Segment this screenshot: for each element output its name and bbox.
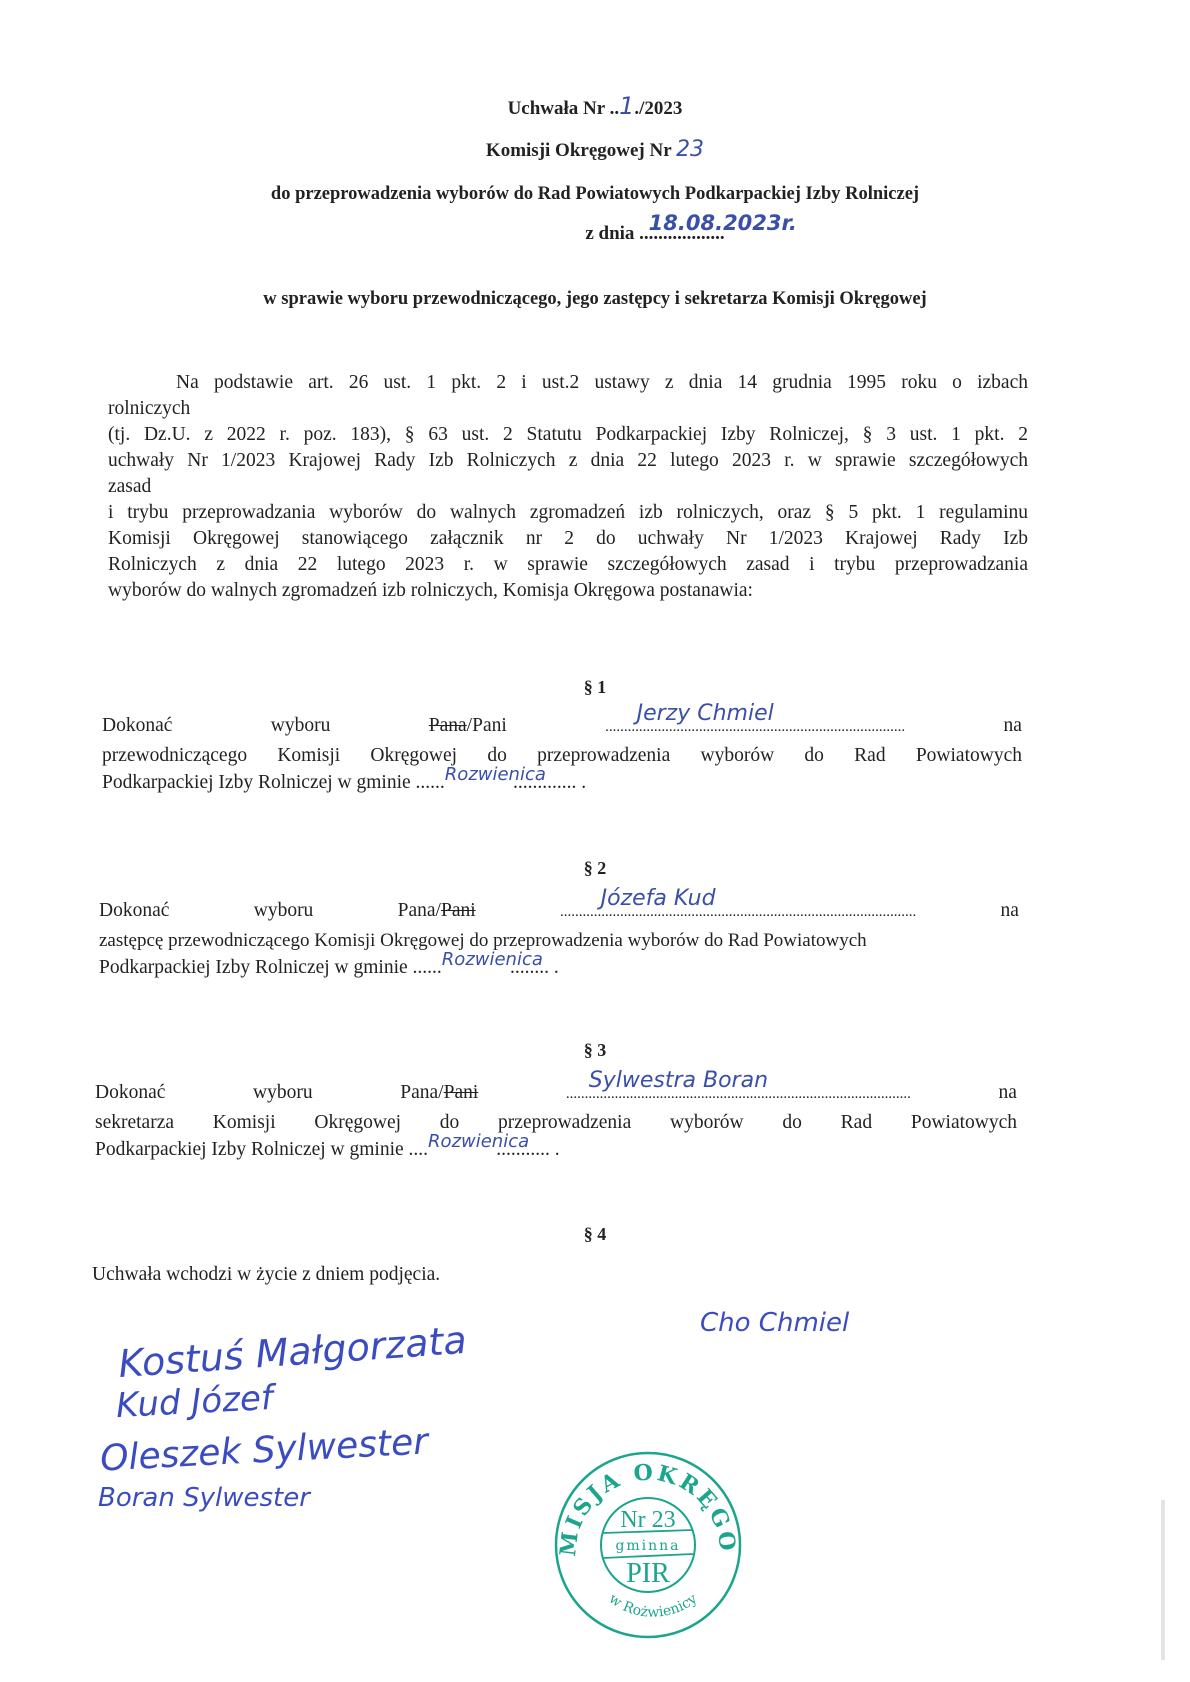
preamble-line: i trybu przeprowadzania wyborów do walny…	[108, 500, 1028, 526]
word-wyboru: wyboru	[253, 1082, 313, 1104]
gmina-prefix: Podkarpackiej Izby Rolniczej w gminie ..…	[102, 772, 445, 793]
section-3-name-line: Dokonać wyboru Pana/Pani ...............…	[95, 1082, 1017, 1104]
preamble-line: rolniczych	[108, 396, 1028, 422]
gmina-fill: ..............Rozwienica	[442, 957, 510, 979]
name-fill: ........................................…	[560, 900, 916, 922]
word-na: na	[1001, 900, 1019, 922]
section-2-heading: § 2	[0, 858, 1190, 879]
preamble-line: wyborów do walnych zgromadzeń izb rolnic…	[108, 578, 1028, 604]
stamp-bottom-text: w Rożwienicy	[606, 1591, 701, 1621]
handwritten-name: Jerzy Chmiel	[505, 701, 905, 726]
section-1-heading: § 1	[0, 677, 1190, 698]
handwritten-date: 18.08.2023r.	[649, 211, 725, 235]
section-1-role: przewodniczącego Komisji Okręgowej do pr…	[102, 745, 1022, 767]
stamp-seal-icon: KOMISJA OKRĘGOWA Nr 23 gminna PIR w Rożw…	[548, 1440, 748, 1640]
signature-1: Kostuś Małgorzata	[117, 1318, 468, 1386]
section-1-name-line: Dokonać wyboru Pana/Pani ...............…	[102, 715, 1022, 737]
svg-text:w Rożwienicy: w Rożwienicy	[606, 1591, 701, 1621]
resolution-title: Uchwała Nr ..1./2023	[0, 92, 1190, 120]
preamble: Na podstawie art. 26 ust. 1 pkt. 2 i ust…	[108, 370, 1028, 604]
signature-4: Boran Sylwester	[98, 1483, 310, 1513]
commission-title: Komisji Okręgowej Nr 23	[0, 137, 1190, 162]
signature-2: Kud Józef	[115, 1378, 274, 1426]
signature-3: Oleszek Sylwester	[99, 1421, 429, 1479]
handwritten-commission-number: 23	[676, 137, 704, 162]
gmina-prefix: Podkarpackiej Izby Rolniczej w gminie ..…	[99, 957, 442, 978]
word-dokonac: Dokonać	[95, 1082, 165, 1104]
preamble-line: uchwały Nr 1/2023 Krajowej Rady Izb Roln…	[108, 448, 1028, 474]
title-prefix: Uchwała Nr ..	[508, 98, 620, 119]
date-fill: ................18.08.2023r.	[649, 223, 725, 245]
document-page: Uchwała Nr ..1./2023 Komisji Okręgowej N…	[0, 0, 1190, 1682]
preamble-line: Na podstawie art. 26 ust. 1 pkt. 2 i ust…	[108, 370, 1028, 396]
date-prefix: z dnia ..	[585, 223, 648, 244]
preamble-line: Rolniczych z dnia 22 lutego 2023 r. w sp…	[108, 552, 1028, 578]
scan-artifact	[1161, 1500, 1165, 1660]
handwritten-gmina: Rozwienica	[442, 949, 510, 970]
gmina-fill: ..............Rozwienica	[445, 772, 513, 794]
word-dokonac: Dokonać	[99, 900, 169, 922]
signature-right: Cho Chmiel	[700, 1308, 849, 1338]
word-na: na	[1004, 715, 1022, 737]
section-3-role: sekretarza Komisji Okręgowej do przeprow…	[95, 1112, 1017, 1134]
handwritten-resolution-number: 1	[619, 92, 634, 120]
title-suffix: ./2023	[634, 98, 682, 119]
section-2-role: zastępcę przewodniczącego Komisji Okręgo…	[99, 930, 1019, 952]
preamble-line: Komisji Okręgowej stanowiącego załącznik…	[108, 526, 1028, 552]
section-3-heading: § 3	[0, 1040, 1190, 1061]
stamp-number: Nr 23	[620, 1507, 675, 1533]
gmina-prefix: Podkarpackiej Izby Rolniczej w gminie ..…	[95, 1139, 428, 1160]
resolution-subject: w sprawie wyboru przewodniczącego, jego …	[0, 289, 1190, 310]
pana: Pana	[400, 1082, 438, 1103]
handwritten-name: Józefa Kud	[400, 886, 916, 911]
gmina-fill: ..............Rozwienica	[428, 1139, 496, 1161]
word-wyboru: wyboru	[271, 715, 331, 737]
word-wyboru: wyboru	[254, 900, 314, 922]
stamp-middle: gminna	[615, 1538, 680, 1554]
pani: Pani	[472, 715, 507, 736]
section-4-heading: § 4	[0, 1224, 1190, 1245]
section-3-gmina-line: Podkarpackiej Izby Rolniczej w gminie ..…	[95, 1139, 560, 1161]
section-2-gmina-line: Podkarpackiej Izby Rolniczej w gminie ..…	[99, 957, 559, 979]
resolution-purpose: do przeprowadzenia wyborów do Rad Powiat…	[0, 184, 1190, 205]
resolution-date: z dnia ..................18.08.2023r.	[60, 223, 1190, 245]
word-na: na	[999, 1082, 1017, 1104]
handwritten-gmina: Rozwienica	[428, 1131, 496, 1152]
name-fill: ........................................…	[605, 715, 905, 737]
name-fill: ........................................…	[566, 1082, 911, 1104]
section-2-name-line: Dokonać wyboru Pana/Pani ...............…	[99, 900, 1019, 922]
preamble-line: (tj. Dz.U. z 2022 r. poz. 183), § 63 ust…	[108, 422, 1028, 448]
stamp-org: PIR	[626, 1558, 670, 1589]
handwritten-name: Sylwestra Boran	[446, 1068, 911, 1093]
section-4-text: Uchwała wchodzi w życie z dniem podjęcia…	[92, 1264, 440, 1286]
commission-prefix: Komisji Okręgowej Nr	[486, 140, 676, 161]
handwritten-gmina: Rozwienica	[445, 764, 513, 785]
official-stamp: KOMISJA OKRĘGOWA Nr 23 gminna PIR w Rożw…	[548, 1440, 748, 1640]
section-1-gmina-line: Podkarpackiej Izby Rolniczej w gminie ..…	[102, 772, 586, 794]
struck-pana: Pana	[429, 715, 467, 736]
preamble-line: zasad	[108, 474, 1028, 500]
pana-pani: Pana/Pani	[429, 715, 507, 737]
word-dokonac: Dokonać	[102, 715, 172, 737]
